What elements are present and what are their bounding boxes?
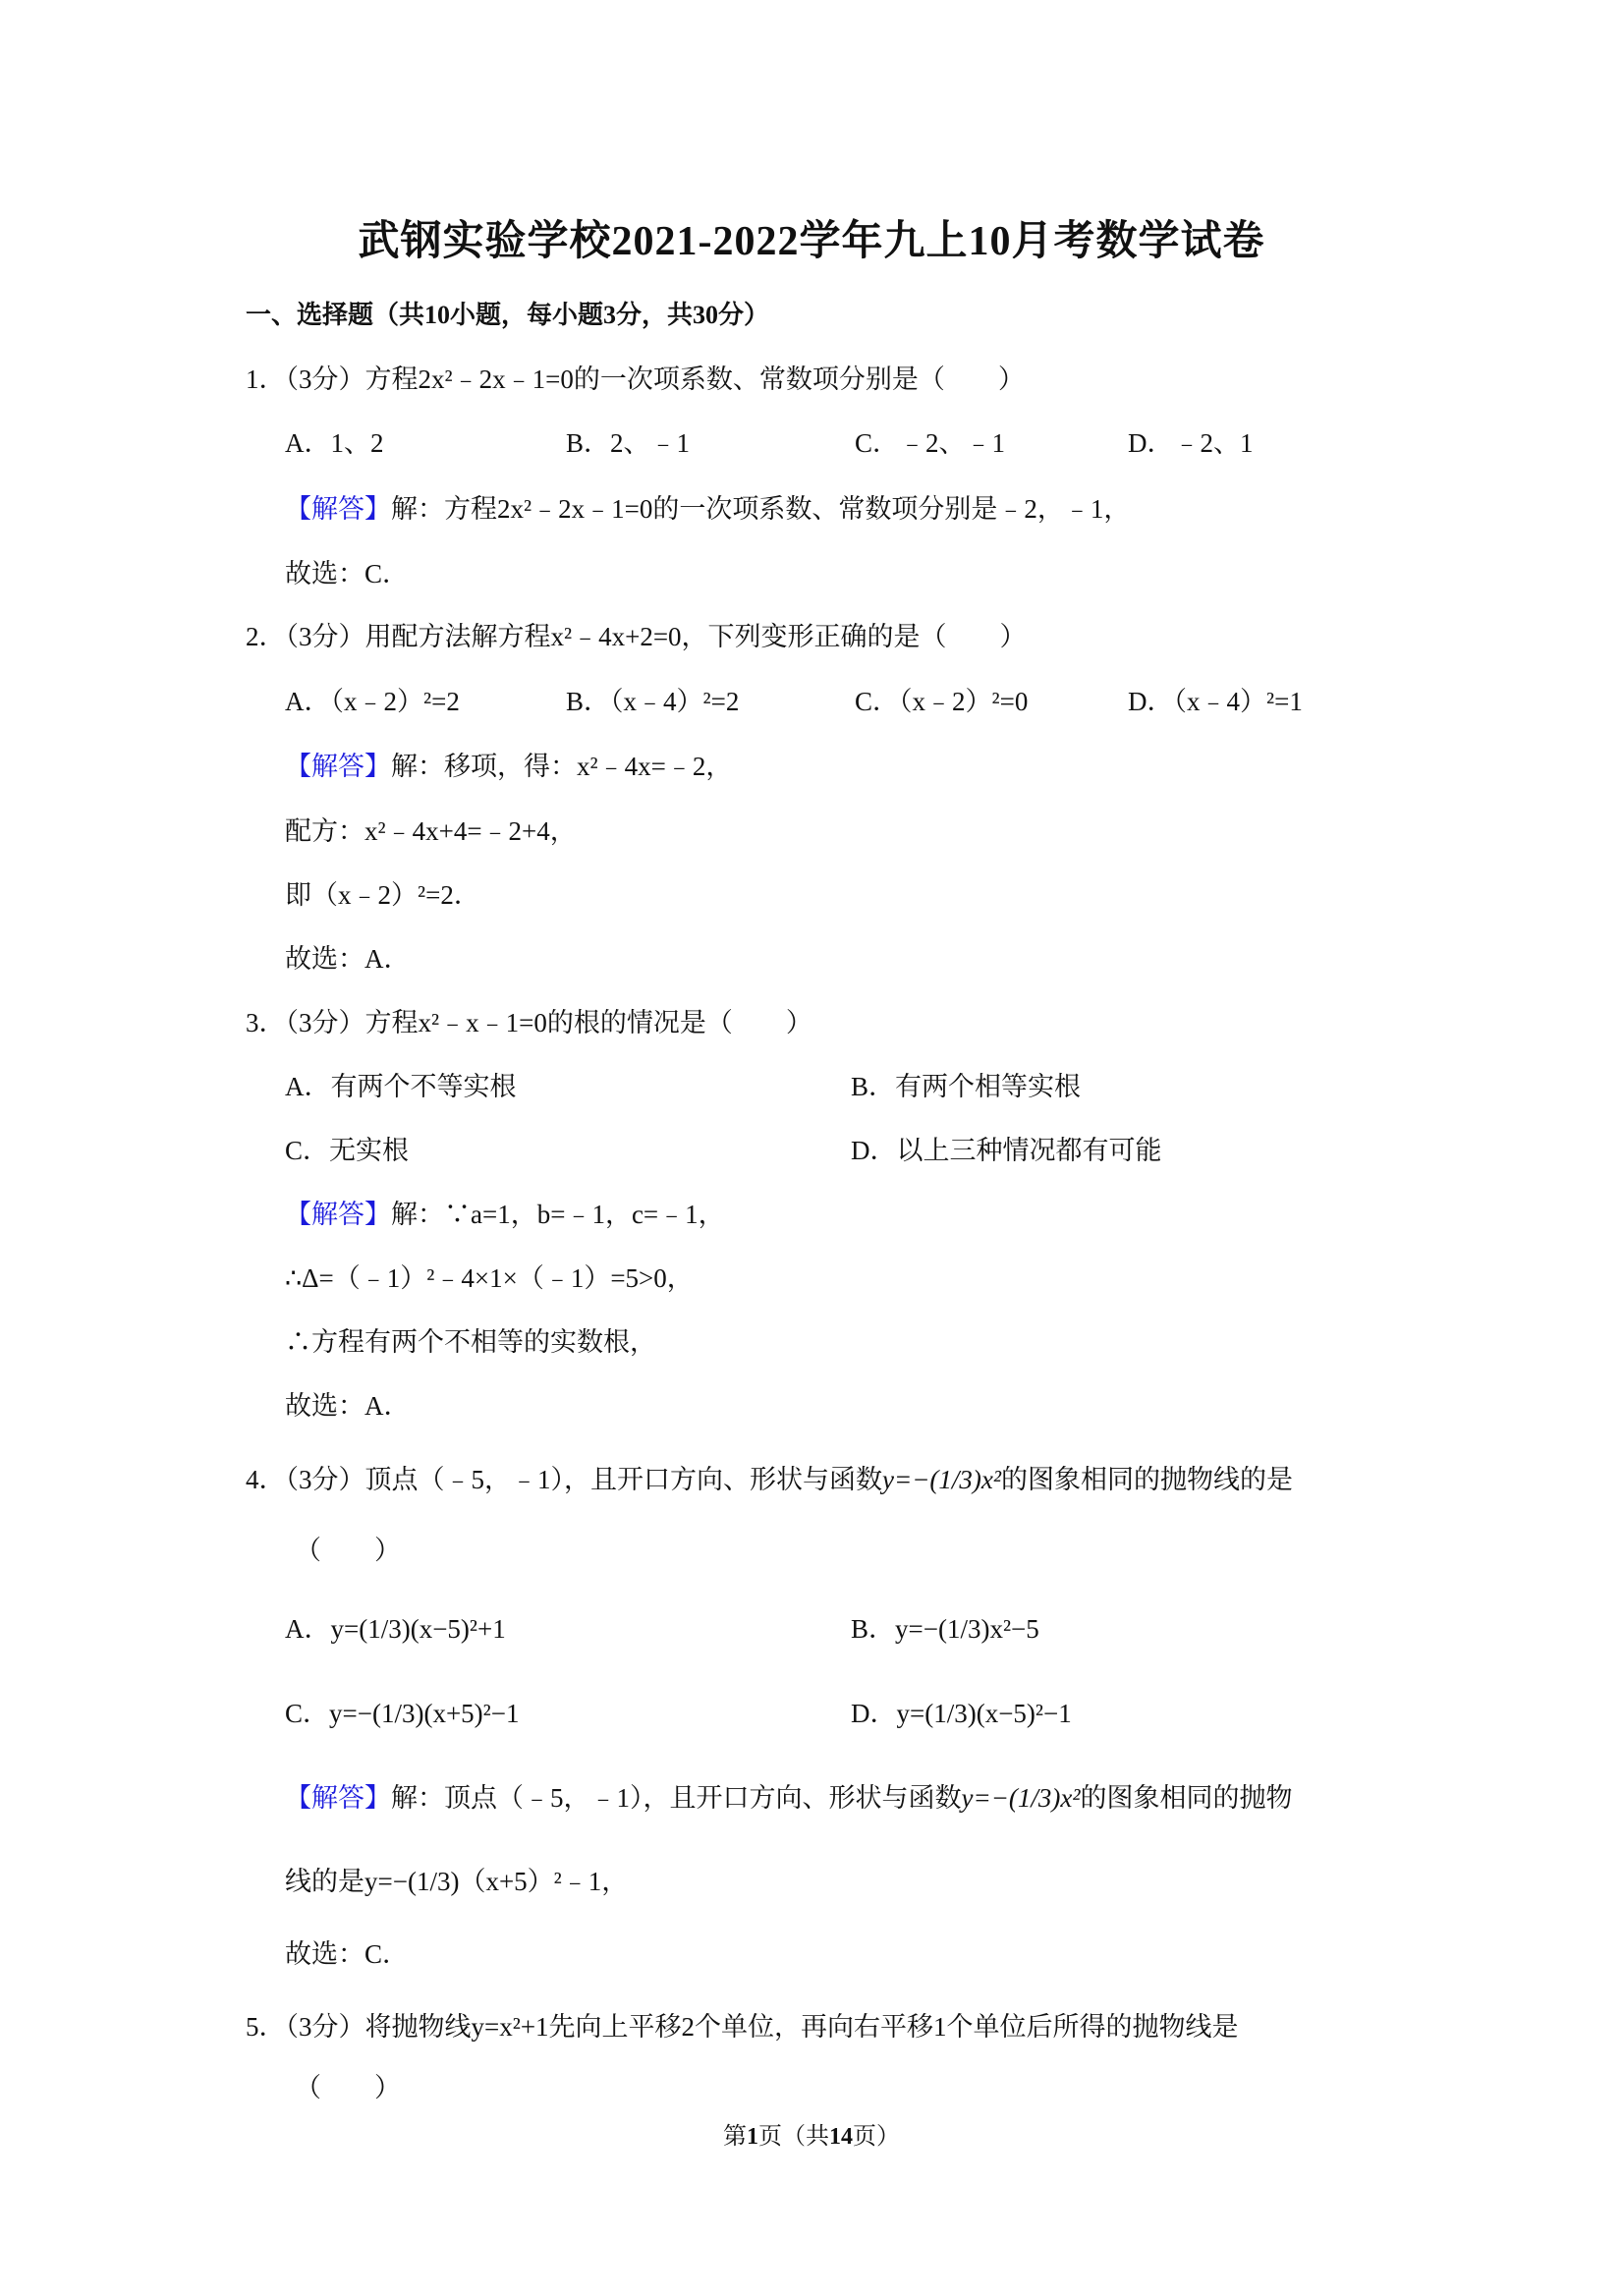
footer-text: 第 [723, 2124, 747, 2150]
math-expression: y=−(1/3)x² [882, 1465, 1001, 1494]
math-expression: y=−(1/3)x² [962, 1783, 1081, 1813]
q4-option-b: B．y=−(1/3)x²−5 [851, 1611, 1039, 1647]
q2-solution-line-2: 配方：x²﹣4x+4=﹣2+4， [285, 813, 577, 849]
q1-option-c: C．﹣2、﹣1 [855, 425, 1005, 461]
q4-option-d: D．y=(1/3)(x−5)²−1 [851, 1696, 1072, 1731]
question-text: （3分）将抛物线y=x²+1先向上平移2个单位，再向右平移1个单位后所得的抛物线… [286, 2012, 1239, 2042]
question-text: （3分）用配方法解方程x²﹣4x+2=0，下列变形正确的是（ ） [286, 622, 1027, 651]
answer-tag: 【解答】 [285, 1783, 391, 1813]
solution-text: 解：方程2x²﹣2x﹣1=0的一次项系数、常数项分别是﹣2，﹣1， [391, 494, 1130, 524]
footer-text: 页（共 [758, 2124, 829, 2150]
q3-solution-line-3: ∴方程有两个不相等的实数根， [285, 1324, 656, 1360]
q4-solution-line-1: 【解答】解：顶点（﹣5，﹣1），且开口方向、形状与函数y=−(1/3)x²的图象… [285, 1780, 1293, 1816]
question-text: （3分）方程2x²﹣2x﹣1=0的一次项系数、常数项分别是（ ） [286, 364, 1025, 394]
total-pages: 14 [829, 2124, 853, 2150]
q3-solution-line-4: 故选：A． [285, 1388, 411, 1424]
q2-solution-line-4: 故选：A． [285, 941, 411, 977]
question-text: （3分）顶点（﹣5，﹣1），且开口方向、形状与函数 [286, 1465, 883, 1494]
question-4-stem: 4．（3分）顶点（﹣5，﹣1），且开口方向、形状与函数y=−(1/3)x²的图象… [246, 1462, 1293, 1497]
exam-page: 武钢实验学校2021-2022学年九上10月考数学试卷 一、选择题（共10小题，… [0, 0, 1623, 2296]
q4-solution-line-3: 故选：C． [285, 1936, 409, 1972]
question-1-stem: 1．（3分）方程2x²﹣2x﹣1=0的一次项系数、常数项分别是（ ） [246, 362, 1025, 397]
q1-solution-line-1: 【解答】解：方程2x²﹣2x﹣1=0的一次项系数、常数项分别是﹣2，﹣1， [285, 491, 1130, 527]
q3-option-d: D．以上三种情况都有可能 [851, 1133, 1162, 1168]
q3-solution-line-1: 【解答】解：∵a=1，b=﹣1，c=﹣1， [285, 1197, 725, 1232]
solution-text: 的图象相同的抛物 [1081, 1783, 1293, 1813]
question-number: 3． [246, 1008, 286, 1037]
q4-option-a: A．y=(1/3)(x−5)²+1 [285, 1611, 506, 1647]
question-5-stem: 5．（3分）将抛物线y=x²+1先向上平移2个单位，再向右平移1个单位后所得的抛… [246, 2009, 1239, 2044]
answer-tag: 【解答】 [285, 494, 391, 524]
solution-text: 解：移项，得：x²﹣4x=﹣2， [391, 752, 732, 781]
answer-tag: 【解答】 [285, 752, 391, 781]
question-number: 5． [246, 2012, 286, 2042]
q1-option-b: B．2、﹣1 [566, 425, 690, 461]
q2-option-a: A．（x﹣2）²=2 [285, 684, 460, 719]
q2-option-d: D．（x﹣4）²=1 [1128, 684, 1303, 719]
question-3-stem: 3．（3分）方程x²﹣x﹣1=0的根的情况是（ ） [246, 1005, 812, 1040]
q3-option-a: A．有两个不等实根 [285, 1069, 517, 1104]
solution-text: 线的是 [285, 1867, 364, 1896]
q2-option-b: B．（x﹣4）²=2 [566, 684, 739, 719]
q3-option-b: B．有两个相等实根 [851, 1069, 1081, 1104]
question-text: （3分）方程x²﹣x﹣1=0的根的情况是（ ） [286, 1008, 812, 1037]
q3-solution-line-2: ∴Δ=（﹣1）²﹣4×1×（﹣1）=5>0， [285, 1260, 694, 1296]
q3-option-c: C．无实根 [285, 1133, 409, 1168]
page-number: 1 [747, 2124, 758, 2150]
question-2-stem: 2．（3分）用配方法解方程x²﹣4x+2=0，下列变形正确的是（ ） [246, 619, 1027, 654]
answer-tag: 【解答】 [285, 1200, 391, 1229]
question-number: 4． [246, 1465, 286, 1494]
q2-solution-line-1: 【解答】解：移项，得：x²﹣4x=﹣2， [285, 749, 732, 784]
q5-answer-blank: （ ） [295, 2070, 401, 2105]
q2-solution-line-3: 即（x﹣2）²=2． [285, 877, 480, 913]
q1-option-a: A．1、2 [285, 425, 384, 461]
document-title: 武钢实验学校2021-2022学年九上10月考数学试卷 [0, 208, 1623, 267]
footer-text: 页） [853, 2124, 900, 2150]
question-number: 2． [246, 622, 286, 651]
solution-text: 解：∵a=1，b=﹣1，c=﹣1， [391, 1200, 725, 1229]
question-text: 的图象相同的抛物线的是 [1001, 1465, 1293, 1494]
q4-answer-blank: （ ） [295, 1533, 401, 1568]
q1-option-d: D．﹣2、1 [1128, 425, 1254, 461]
solution-text: 解：顶点（﹣5，﹣1），且开口方向、形状与函数 [391, 1783, 962, 1813]
q1-solution-line-2: 故选：C． [285, 556, 409, 591]
question-number: 1． [246, 364, 286, 394]
q4-option-c: C．y=−(1/3)(x+5)²−1 [285, 1696, 519, 1731]
q2-option-c: C．（x﹣2）²=0 [855, 684, 1028, 719]
q4-solution-line-2: 线的是y=−(1/3)（x+5）²﹣1， [285, 1864, 628, 1899]
page-footer: 第1页（共14页） [0, 2116, 1623, 2151]
math-expression: y=−(1/3)（x+5）²﹣1， [364, 1867, 628, 1896]
section-heading: 一、选择题（共10小题，每小题3分，共30分） [246, 295, 769, 331]
